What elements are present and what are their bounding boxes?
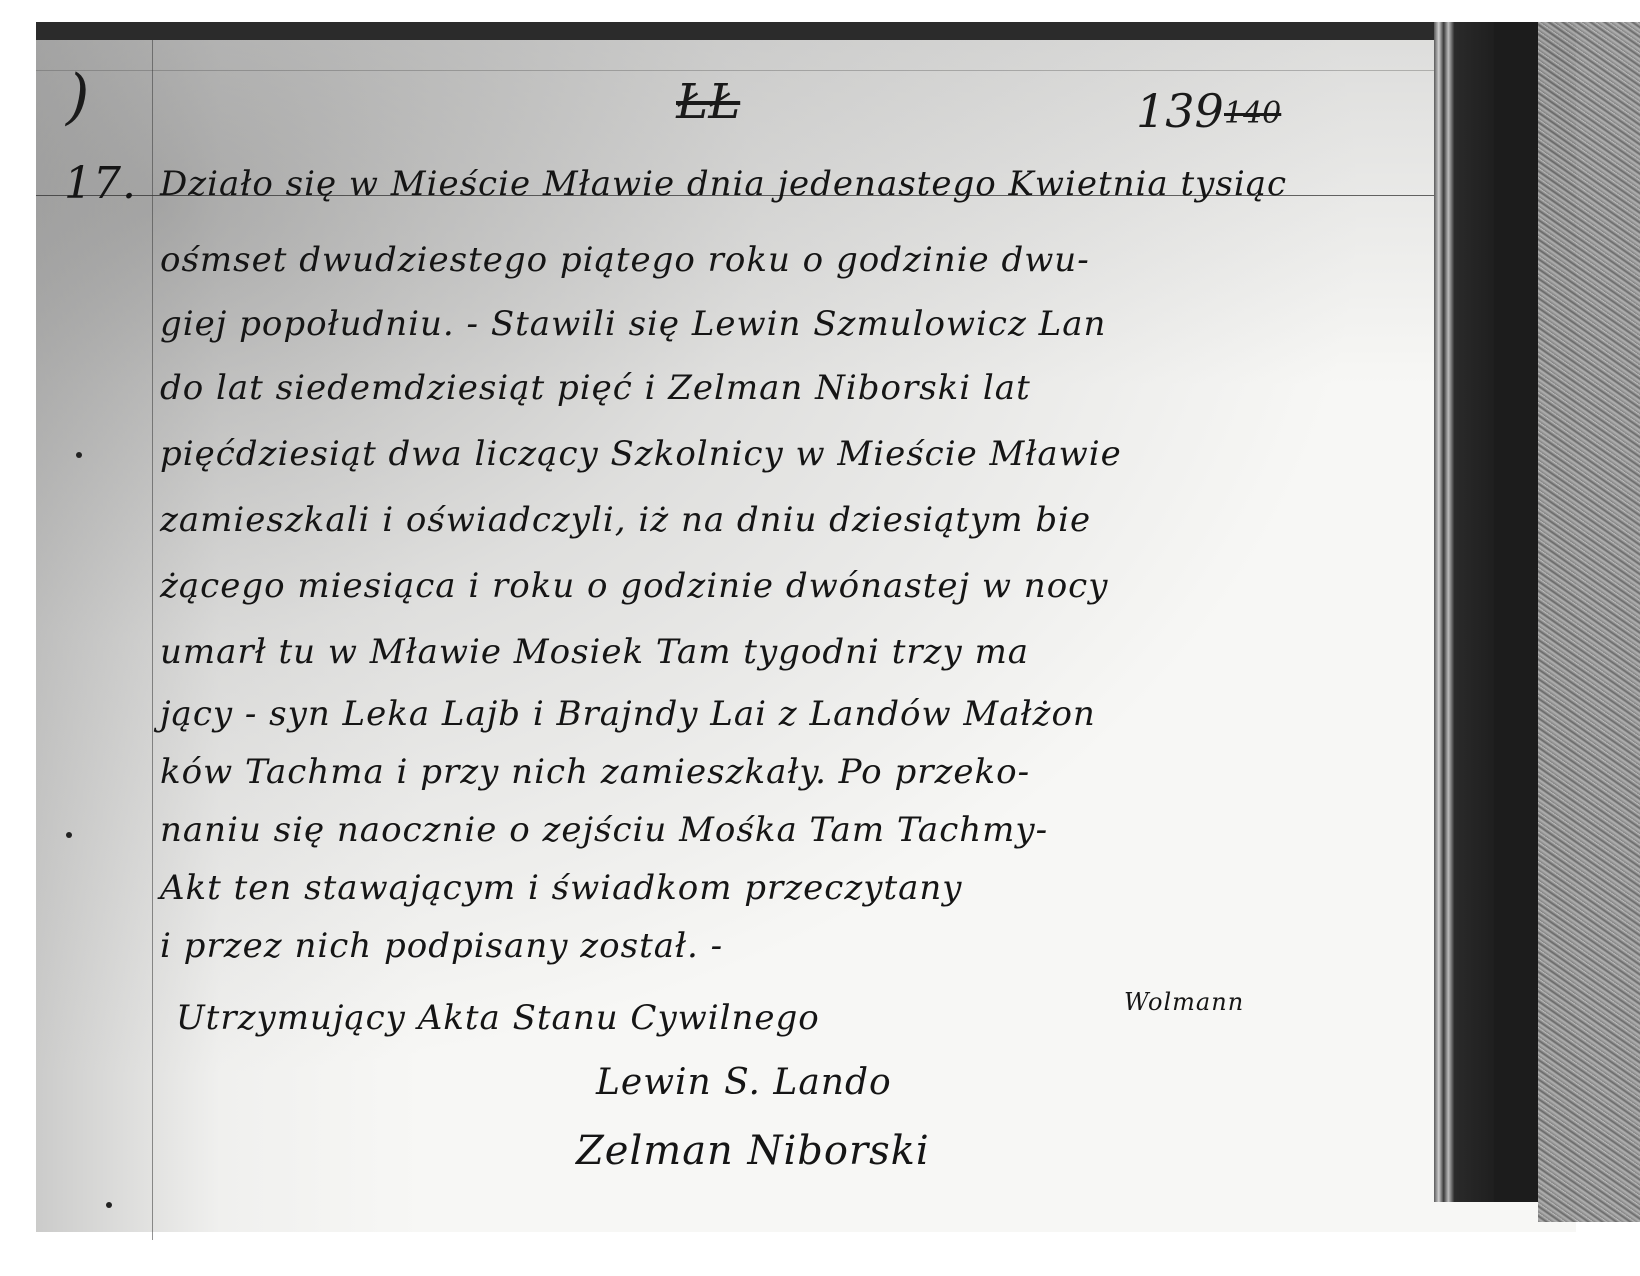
record-line: Akt ten stawającym i świadkom przeczytan… <box>160 868 963 908</box>
page-number: 139 <box>1136 84 1224 138</box>
witness-signature-1: Lewin S. Lando <box>596 1062 892 1103</box>
book-spine <box>1494 22 1538 1202</box>
book-binding <box>1434 22 1494 1202</box>
registrar-signature: Wolmann <box>1124 988 1244 1016</box>
header-center-mark: ŁŁ <box>676 74 740 130</box>
record-line: Działo się w Mieście Mławie dnia jedenas… <box>160 164 1287 204</box>
ink-spot <box>106 1202 112 1208</box>
record-line: do lat siedemdziesiąt pięć i Zelman Nibo… <box>160 368 1031 408</box>
record-line: jący - syn Leka Lajb i Brajndy Lai z Lan… <box>160 694 1096 734</box>
record-line: naniu się naocznie o zejściu Mośka Tam T… <box>160 810 1048 850</box>
page-top-border <box>36 22 1524 40</box>
ink-spot <box>66 832 72 838</box>
registrar-title: Utrzymujący Akta Stanu Cywilnego <box>176 998 820 1038</box>
witness-signature-2: Zelman Niborski <box>576 1128 930 1174</box>
record-line: giej popołudniu. - Stawili się Lewin Szm… <box>160 304 1106 344</box>
record-line: żącego miesiąca i roku o godzinie dwónas… <box>160 566 1108 606</box>
left-margin-rule <box>152 40 153 1240</box>
record-line: pięćdziesiąt dwa liczący Szkolnicy w Mie… <box>160 434 1122 474</box>
entry-number: 17. <box>64 158 137 209</box>
book-cover-edge <box>1538 22 1640 1222</box>
register-page: ) ŁŁ 139 140 17. Działo się w Mieście Mł… <box>36 22 1576 1232</box>
header-rule <box>36 70 1434 71</box>
record-line: zamieszkali i oświadczyli, iż na dniu dz… <box>160 500 1091 540</box>
ink-spot <box>76 452 82 458</box>
margin-mark: ) <box>66 62 89 132</box>
record-line: ośmset dwudziestego piątego roku o godzi… <box>160 240 1090 280</box>
record-line: umarł tu w Mławie Mosiek Tam tygodni trz… <box>160 632 1029 672</box>
record-line: i przez nich podpisany został. - <box>160 926 723 966</box>
record-line: ków Tachma i przy nich zamieszkały. Po p… <box>160 752 1030 792</box>
page-number-struck: 140 <box>1224 96 1281 131</box>
